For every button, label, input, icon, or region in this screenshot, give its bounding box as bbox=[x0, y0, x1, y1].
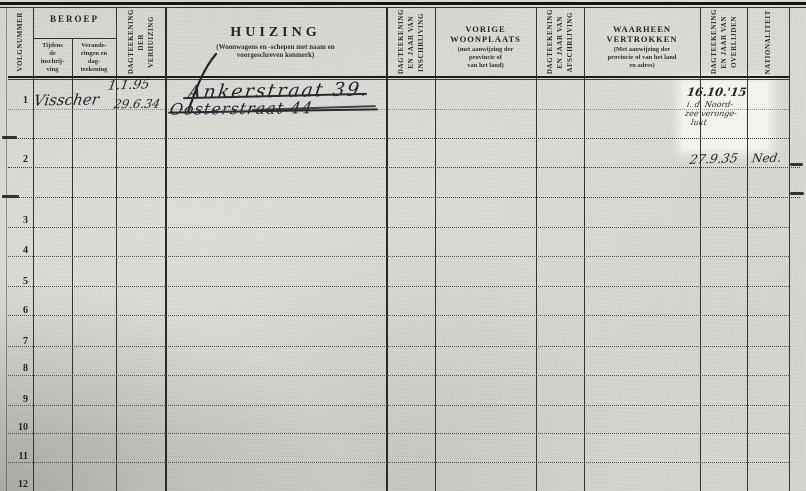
pen-flourish-stroke bbox=[0, 0, 806, 491]
register-scan-page: VOLGNUMMER BEROEP Tijdens de inschrij- v… bbox=[0, 0, 806, 491]
entry-nationaliteit-row2: Ned. bbox=[751, 151, 782, 166]
entry-overlijden-date-row2: 27.9.35 bbox=[689, 150, 740, 167]
entry-overlijden-note: 16.10.'15 i. d. Noord- zee veronge- lukt bbox=[687, 85, 747, 127]
